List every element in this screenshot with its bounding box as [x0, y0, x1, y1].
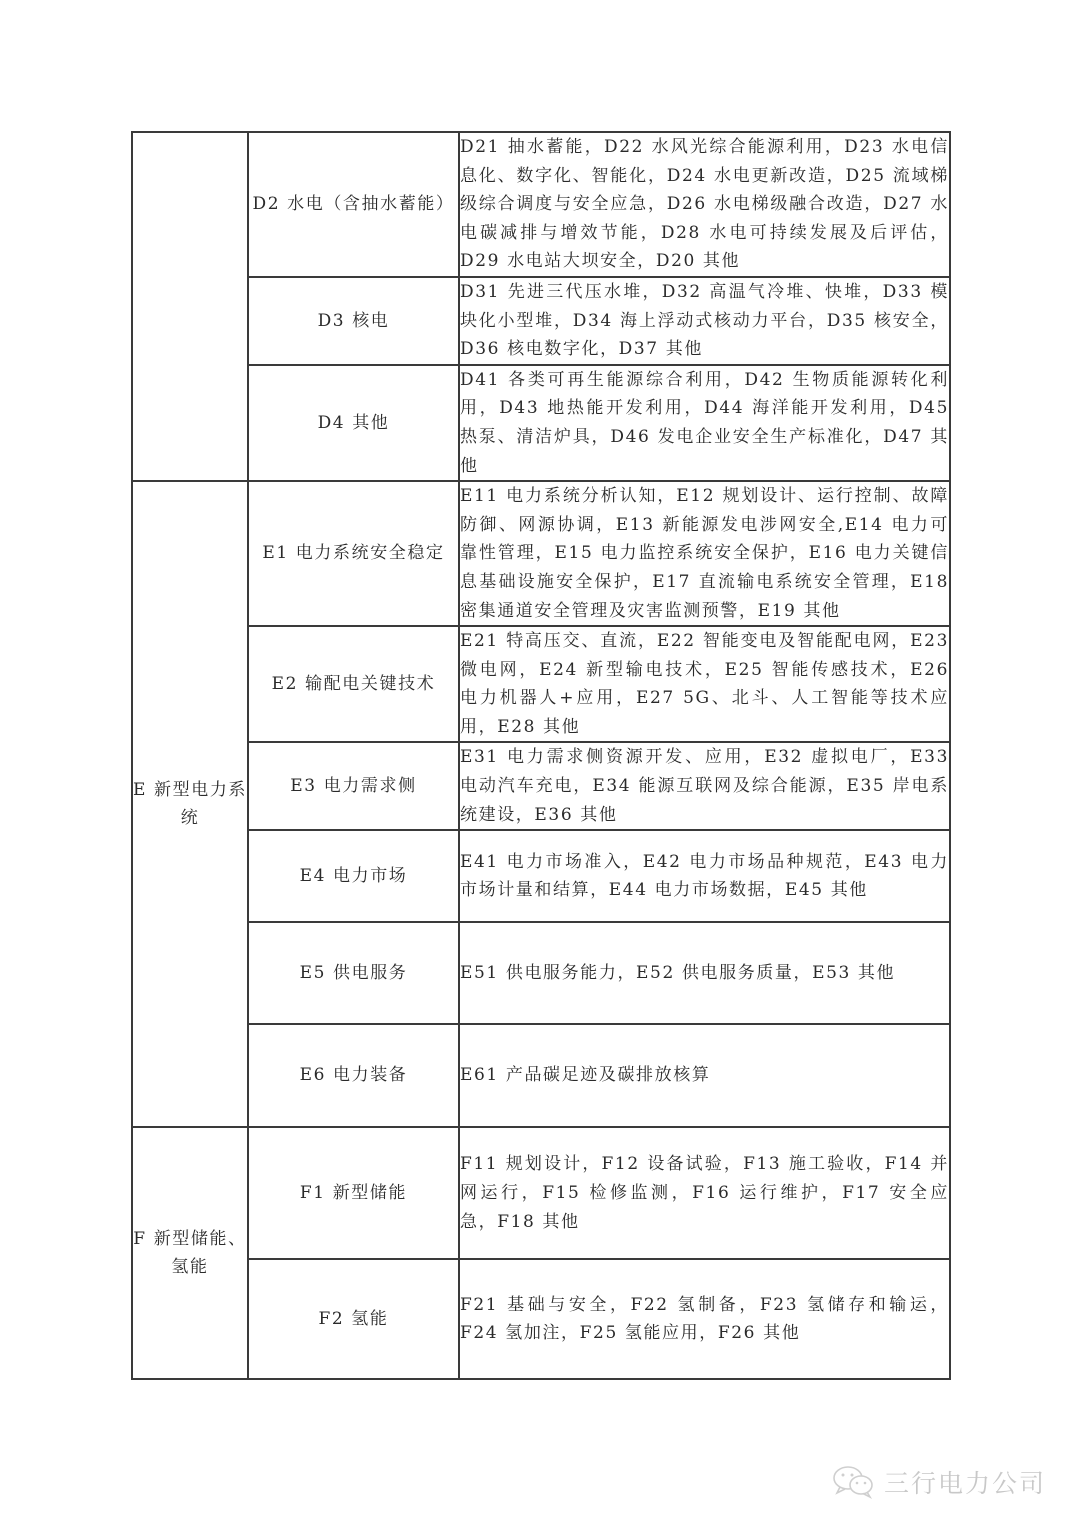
description-cell: E11 电力系统分析认知，E12 规划设计、运行控制、故障防御、网源协调，E13…: [459, 481, 950, 626]
category-cell: E 新型电力系统: [132, 481, 248, 1127]
subcategory-cell: E6 电力装备: [248, 1024, 459, 1127]
table-row: E6 电力装备 E61 产品碳足迹及碳排放核算: [132, 1024, 950, 1127]
table-row: F 新型储能、氢能 F1 新型储能 F11 规划设计，F12 设备试验，F13 …: [132, 1127, 950, 1259]
table-row: E3 电力需求侧 E31 电力需求侧资源开发、应用，E32 虚拟电厂，E33 电…: [132, 742, 950, 830]
subcategory-cell: D4 其他: [248, 365, 459, 481]
document-page: D2 水电（含抽水蓄能） D21 抽水蓄能，D22 水风光综合能源利用，D23 …: [0, 0, 1080, 1526]
subcategory-cell: E2 输配电关键技术: [248, 626, 459, 742]
watermark: 三行电力公司: [832, 1462, 1046, 1502]
subcategory-cell: D2 水电（含抽水蓄能）: [248, 132, 459, 277]
description-cell: D21 抽水蓄能，D22 水风光综合能源利用，D23 水电信息化、数字化、智能化…: [459, 132, 950, 277]
subcategory-cell: E5 供电服务: [248, 922, 459, 1024]
table-row: E5 供电服务 E51 供电服务能力，E52 供电服务质量，E53 其他: [132, 922, 950, 1024]
watermark-text: 三行电力公司: [884, 1464, 1046, 1500]
description-cell: D31 先进三代压水堆，D32 高温气冷堆、快堆，D33 模块化小型堆，D34 …: [459, 277, 950, 365]
topic-table: D2 水电（含抽水蓄能） D21 抽水蓄能，D22 水风光综合能源利用，D23 …: [131, 131, 951, 1380]
subcategory-cell: F1 新型储能: [248, 1127, 459, 1259]
description-cell: D41 各类可再生能源综合利用，D42 生物质能源转化利用，D43 地热能开发利…: [459, 365, 950, 481]
description-cell: E61 产品碳足迹及碳排放核算: [459, 1024, 950, 1127]
description-cell: F21 基础与安全，F22 氢制备，F23 氢储存和输运，F24 氢加注，F25…: [459, 1259, 950, 1379]
wechat-icon: [832, 1464, 876, 1500]
table-row: F2 氢能 F21 基础与安全，F22 氢制备，F23 氢储存和输运，F24 氢…: [132, 1259, 950, 1379]
table-row: E 新型电力系统 E1 电力系统安全稳定 E11 电力系统分析认知，E12 规划…: [132, 481, 950, 626]
subcategory-cell: E3 电力需求侧: [248, 742, 459, 830]
description-cell: E21 特高压交、直流，E22 智能变电及智能配电网，E23 微电网，E24 新…: [459, 626, 950, 742]
description-cell: E51 供电服务能力，E52 供电服务质量，E53 其他: [459, 922, 950, 1024]
description-cell: E41 电力市场准入，E42 电力市场品种规范，E43 电力市场计量和结算，E4…: [459, 830, 950, 922]
table-row: E4 电力市场 E41 电力市场准入，E42 电力市场品种规范，E43 电力市场…: [132, 830, 950, 922]
table-row: E2 输配电关键技术 E21 特高压交、直流，E22 智能变电及智能配电网，E2…: [132, 626, 950, 742]
table-row: D4 其他 D41 各类可再生能源综合利用，D42 生物质能源转化利用，D43 …: [132, 365, 950, 481]
category-cell: [132, 132, 248, 481]
subcategory-cell: F2 氢能: [248, 1259, 459, 1379]
description-cell: E31 电力需求侧资源开发、应用，E32 虚拟电厂，E33 电动汽车充电，E34…: [459, 742, 950, 830]
table-row: D3 核电 D31 先进三代压水堆，D32 高温气冷堆、快堆，D33 模块化小型…: [132, 277, 950, 365]
subcategory-cell: D3 核电: [248, 277, 459, 365]
description-cell: F11 规划设计，F12 设备试验，F13 施工验收，F14 并网运行，F15 …: [459, 1127, 950, 1259]
category-cell: F 新型储能、氢能: [132, 1127, 248, 1379]
table-row: D2 水电（含抽水蓄能） D21 抽水蓄能，D22 水风光综合能源利用，D23 …: [132, 132, 950, 277]
subcategory-cell: E1 电力系统安全稳定: [248, 481, 459, 626]
subcategory-cell: E4 电力市场: [248, 830, 459, 922]
